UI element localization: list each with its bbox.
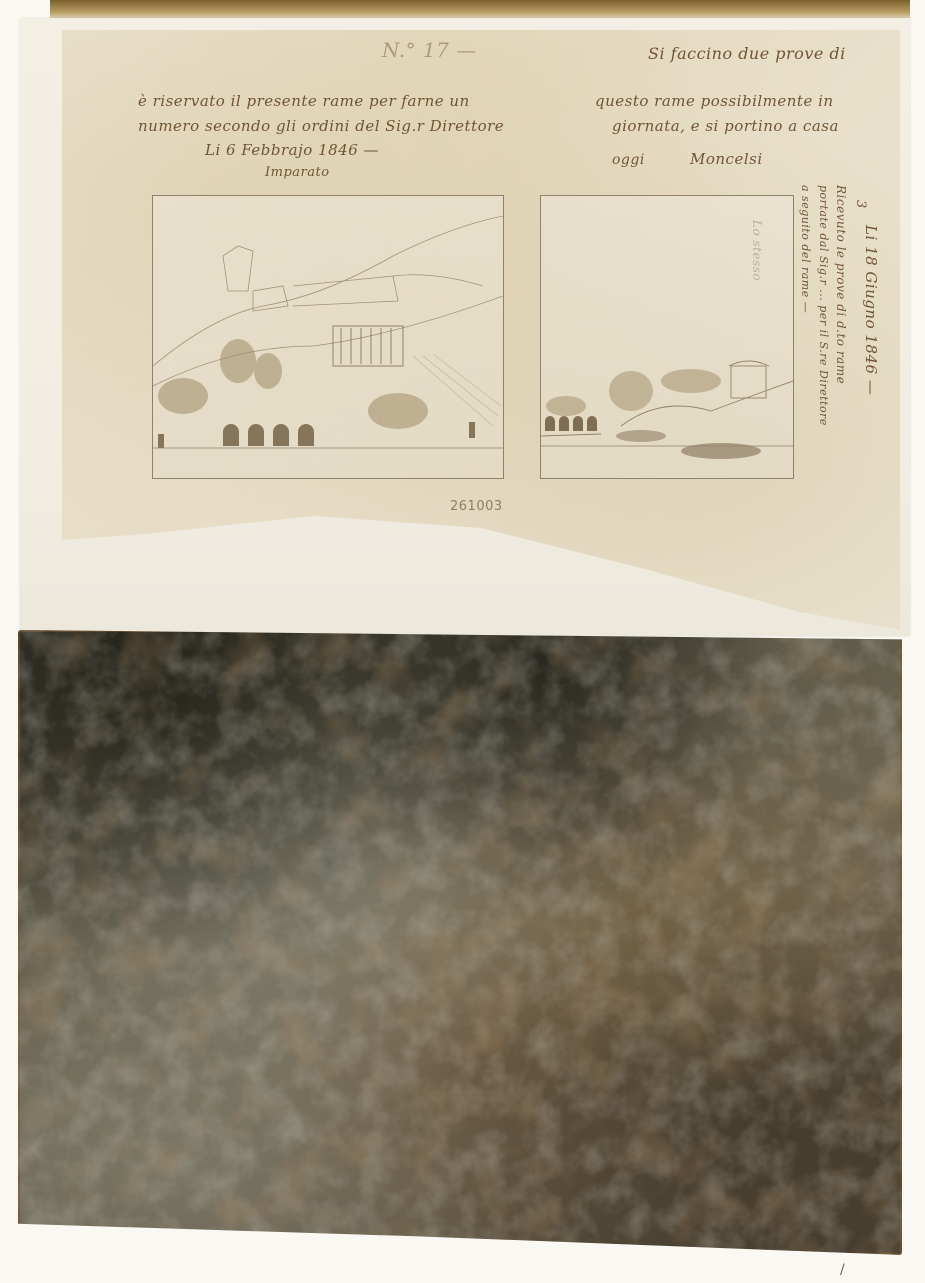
- catalog-number: 261003: [450, 499, 503, 514]
- right-note-line1: Si faccino due prove di: [648, 44, 846, 63]
- sheet-number: N.° 17 —: [382, 38, 477, 62]
- right-note-signature: Moncelsi: [690, 150, 763, 168]
- right-note-oggi: oggi: [612, 152, 645, 168]
- corner-pencil-mark: /: [840, 1262, 845, 1278]
- vertical-note-line4: a seguito del rame —: [799, 185, 812, 313]
- vertical-note-date: Li 18 Giugno 1846 —: [862, 225, 880, 395]
- left-note-line1: è riservato il presente rame per farne u…: [138, 92, 470, 110]
- vertical-note-margin-mark: 3: [853, 200, 868, 209]
- left-note-signature: Imparato: [265, 165, 330, 180]
- right-note-line2: questo rame possibilmente in: [595, 92, 834, 110]
- vertical-note-line2: Ricevuto le prove di d.to rame: [834, 185, 848, 384]
- drawing-panel-left: [152, 195, 504, 479]
- right-note-line3: giornata, e si portino a casa: [612, 117, 839, 135]
- left-note-date: Li 6 Febbrajo 1846 —: [205, 141, 379, 159]
- drawing-panel-right: [540, 195, 794, 479]
- landscape-illustration-left: [153, 196, 503, 478]
- mount-top-shadow: [50, 0, 910, 20]
- landscape-illustration-right: [541, 196, 793, 478]
- vertical-note-line3: portate dal Sig.r ... per il S.re Dirett…: [817, 185, 830, 426]
- left-note-line2: numero secondo gli ordini del Sig.r Dire…: [138, 117, 504, 135]
- copper-plate: [18, 630, 902, 1255]
